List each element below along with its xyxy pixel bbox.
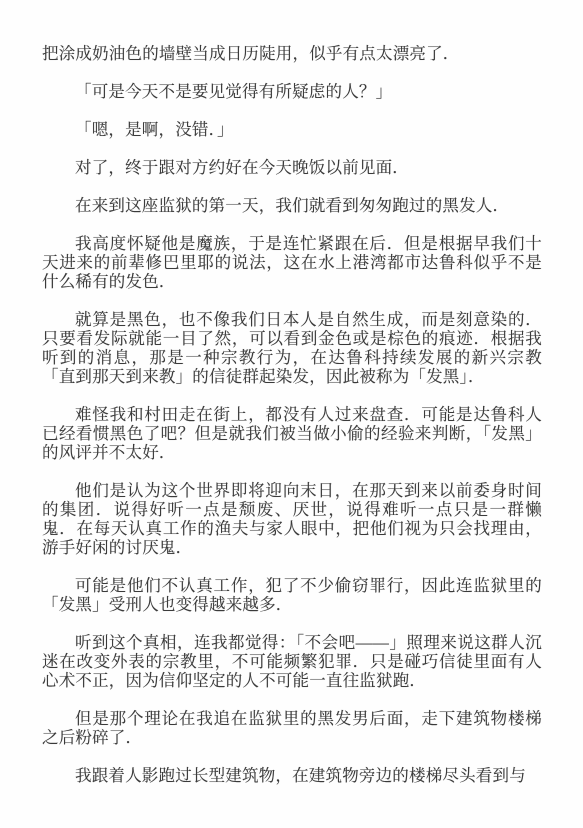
text-column: 把涂成奶油色的墙壁当成日历陡用，似乎有点太漂亮了． 「可是今天不是要见觉得有所疑… [42,44,542,785]
paragraph: 他们是认为这个世界即将迎向末日，在那天到来以前委身时间的集团．说得好听一点是颓废… [42,481,542,557]
paragraph: 听到这个真相，连我都觉得：「不会吧——」照理来说这群人沉迷在改变外表的宗教里，不… [42,633,542,690]
paragraph: 我高度怀疑他是魔族，于是连忙紧跟在后．但是根据早我们十天进来的前辈修巴里耶的说法… [42,234,542,291]
paragraph: 我跟着人影跑过长型建筑物，在建筑物旁边的楼梯尽头看到与 [42,766,542,785]
paragraph-dialogue: 「嗯，是啊，没错．」 [42,120,542,139]
paragraph: 但是那个理论在我追在监狱里的黑发男后面，走下建筑物楼梯之后粉碎了． [42,709,542,747]
paragraph: 对了，终于跟对方约好在今天晚饭以前见面． [42,158,542,177]
paragraph: 可能是他们不认真工作，犯了不少偷窃罪行，因此连监狱里的「发黑」受刑人也变得越来越… [42,576,542,614]
paragraph-dialogue: 「可是今天不是要见觉得有所疑虑的人？」 [42,82,542,101]
paragraph: 在来到这座监狱的第一天，我们就看到匆匆跑过的黑发人． [42,196,542,215]
paragraph: 就算是黑色，也不像我们日本人是自然生成，而是刻意染的．只要看发际就能一目了然，可… [42,310,542,386]
page: 把涂成奶油色的墙壁当成日历陡用，似乎有点太漂亮了． 「可是今天不是要见觉得有所疑… [0,0,583,828]
paragraph: 难怪我和村田走在街上，都没有人过来盘查．可能是达鲁科人已经看惯黑色了吧？但是就我… [42,405,542,462]
paragraph: 把涂成奶油色的墙壁当成日历陡用，似乎有点太漂亮了． [42,44,542,63]
